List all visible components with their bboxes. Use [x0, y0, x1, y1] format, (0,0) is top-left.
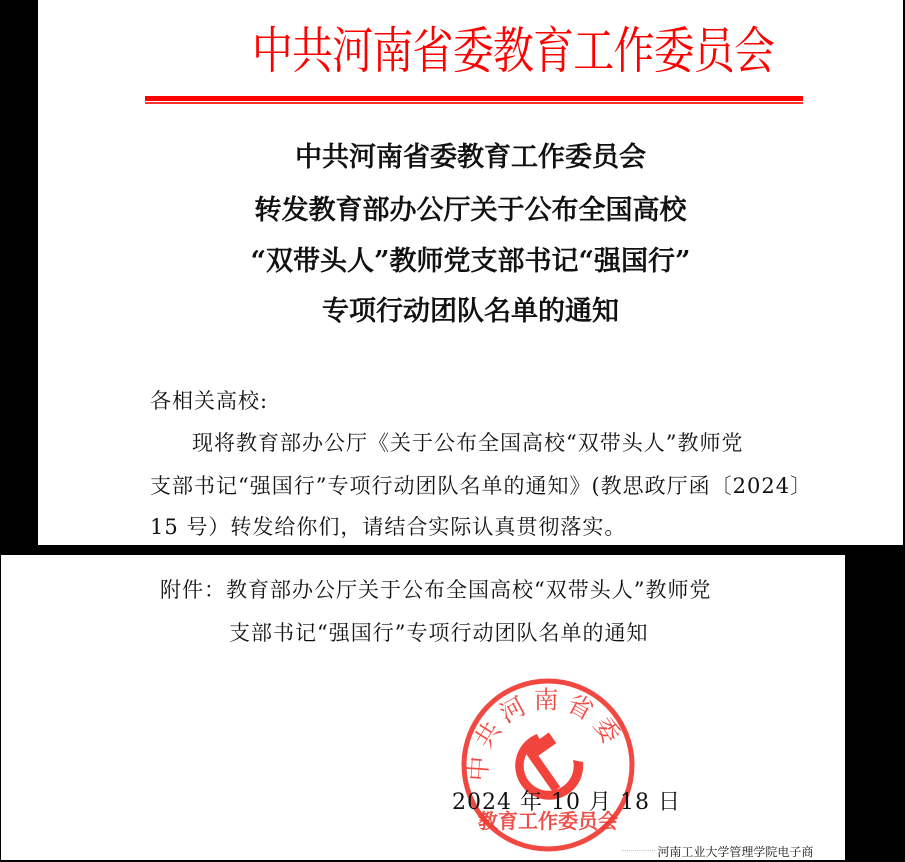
- footer-small-text: ··················: [621, 848, 655, 855]
- attachment-line-2: 支部书记“强国行”专项行动团队名单的通知: [229, 620, 648, 646]
- footer-source-text: 河南工业大学管理学院电子商: [657, 843, 813, 860]
- document-title-line-3: “双带头人”教师党支部书记“强国行”: [38, 247, 903, 277]
- salutation: 各相关高校:: [150, 388, 268, 414]
- document-title-line-2: 转发教育部办公厅关于公布全国高校: [38, 196, 903, 226]
- document-title-line-4: 专项行动团队名单的通知: [38, 297, 903, 327]
- document-page-1: 中共河南省委教育工作委员会 中共河南省委教育工作委员会 转发教育部办公厅关于公布…: [38, 0, 903, 545]
- masthead-rule-thick: [145, 96, 803, 101]
- source-footer: ·················· 河南工业大学管理学院电子商: [621, 844, 813, 858]
- body-line-2: 支部书记“强国行”专项行动团队名单的通知》(教思政厅函〔2024〕: [150, 473, 812, 499]
- document-page-2: 附件：教育部办公厅关于公布全国高校“双带头人”教师党 支部书记“强国行”专项行动…: [1, 555, 845, 860]
- issue-date: 2024 年 10 月 18 日: [452, 790, 681, 816]
- official-seal: 中共河南省委 教育工作委员会: [459, 676, 637, 854]
- body-line-1: 现将教育部办公厅《关于公布全国高校“双带头人”教师党: [192, 430, 743, 456]
- masthead-rule-thin: [145, 102, 803, 104]
- body-line-3: 15 号）转发给你们，请结合实际认真贯彻落实。: [150, 514, 626, 540]
- attachment-line-1: 附件：教育部办公厅关于公布全国高校“双带头人”教师党: [160, 577, 711, 603]
- masthead-title: 中共河南省委教育工作委员会: [242, 18, 783, 84]
- document-title-line-1: 中共河南省委教育工作委员会: [38, 143, 903, 173]
